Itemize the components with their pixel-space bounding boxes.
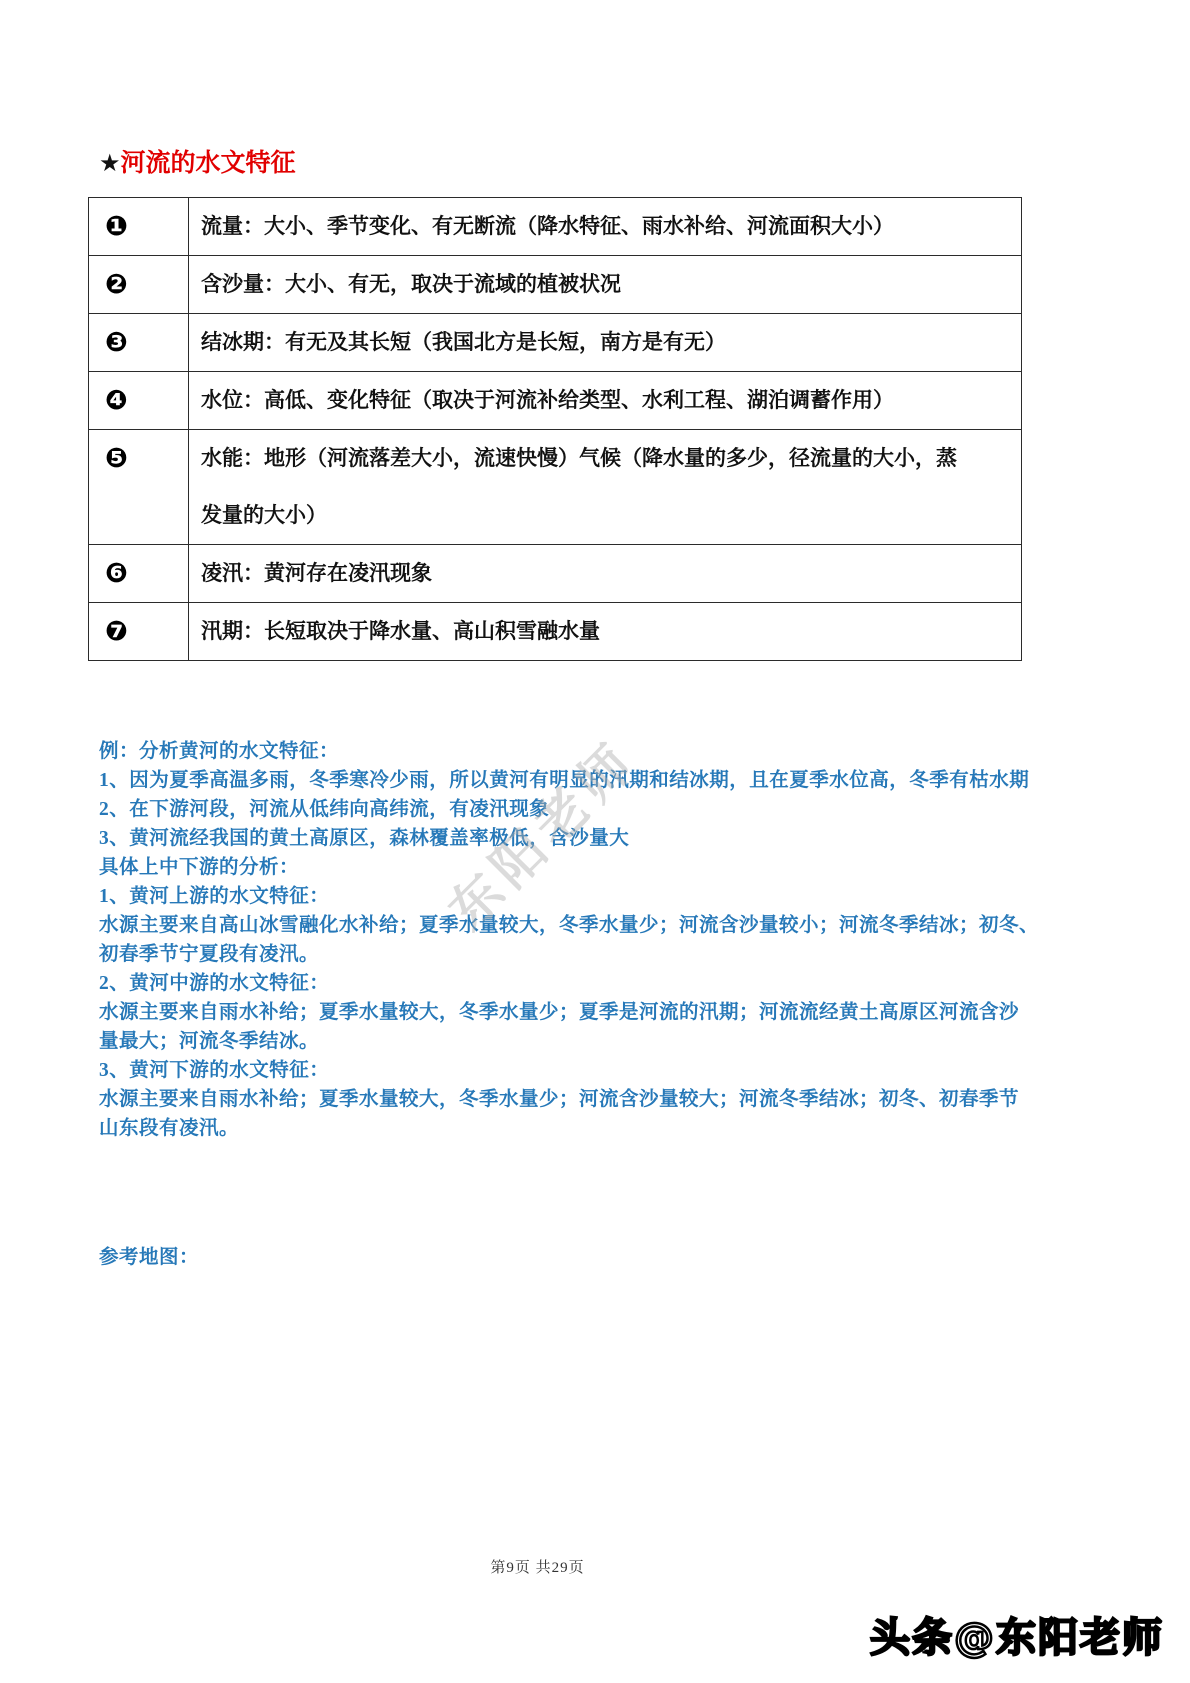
note-line: 1、黄河上游的水文特征： bbox=[99, 882, 1119, 911]
note-line: 水源主要来自高山冰雪融化水补给；夏季水量较大，冬季水量少；河流含沙量较小；河流冬… bbox=[99, 911, 1119, 940]
row-number-badge: ❺ bbox=[89, 430, 189, 545]
note-line: 1、因为夏季高温多雨，冬季寒冷少雨，所以黄河有明显的汛期和结冰期，且在夏季水位高… bbox=[99, 766, 1119, 795]
page-footer: 第9页 共29页 bbox=[0, 1556, 1075, 1577]
note-line: 水源主要来自雨水补给；夏季水量较大，冬季水量少；河流含沙量较大；河流冬季结冰；初… bbox=[99, 1085, 1119, 1114]
example-notes: 例：分析黄河的水文特征：1、因为夏季高温多雨，冬季寒冷少雨，所以黄河有明显的汛期… bbox=[99, 737, 1119, 1143]
row-text: 汛期：长短取决于降水量、高山积雪融水量 bbox=[189, 603, 1022, 661]
note-line: 3、黄河流经我国的黄土高原区，森林覆盖率极低，含沙量大 bbox=[99, 824, 1119, 853]
row-text: 水位：高低、变化特征（取决于河流补给类型、水利工程、湖泊调蓄作用） bbox=[189, 372, 1022, 430]
byline-watermark: 头条@东阳老师 bbox=[870, 1606, 1164, 1663]
row-text: 含沙量：大小、有无，取决于流域的植被状况 bbox=[189, 256, 1022, 314]
reference-map-label: 参考地图： bbox=[99, 1241, 199, 1269]
table-row: ❷含沙量：大小、有无，取决于流域的植被状况 bbox=[89, 256, 1022, 314]
row-text: 结冰期：有无及其长短（我国北方是长短，南方是有无） bbox=[189, 314, 1022, 372]
row-number-badge: ❶ bbox=[89, 198, 189, 256]
note-line: 具体上中下游的分析： bbox=[99, 853, 1119, 882]
row-text: 水能：地形（河流落差大小，流速快慢）气候（降水量的多少，径流量的大小，蒸发量的大… bbox=[189, 430, 1022, 545]
section-heading: ★河流的水文特征 bbox=[99, 143, 296, 179]
note-line: 水源主要来自雨水补给；夏季水量较大，冬季水量少；夏季是河流的汛期；河流流经黄土高… bbox=[99, 998, 1119, 1027]
document-page: ★河流的水文特征 ❶流量：大小、季节变化、有无断流（降水特征、雨水补给、河流面积… bbox=[0, 0, 1190, 1683]
row-text: 凌汛：黄河存在凌汛现象 bbox=[189, 545, 1022, 603]
section-heading-text: 河流的水文特征 bbox=[121, 150, 296, 177]
note-line: 例：分析黄河的水文特征： bbox=[99, 737, 1119, 766]
table-row: ❺水能：地形（河流落差大小，流速快慢）气候（降水量的多少，径流量的大小，蒸发量的… bbox=[89, 430, 1022, 545]
note-line: 2、在下游河段，河流从低纬向高纬流，有凌汛现象 bbox=[99, 795, 1119, 824]
note-line: 3、黄河下游的水文特征： bbox=[99, 1056, 1119, 1085]
row-number-badge: ❻ bbox=[89, 545, 189, 603]
table-row: ❻凌汛：黄河存在凌汛现象 bbox=[89, 545, 1022, 603]
row-number-badge: ❸ bbox=[89, 314, 189, 372]
star-icon: ★ bbox=[99, 149, 121, 177]
note-line: 山东段有凌汛。 bbox=[99, 1114, 1119, 1143]
row-number-badge: ❼ bbox=[89, 603, 189, 661]
row-number-badge: ❹ bbox=[89, 372, 189, 430]
note-line: 量最大；河流冬季结冰。 bbox=[99, 1027, 1119, 1056]
table-row: ❶流量：大小、季节变化、有无断流（降水特征、雨水补给、河流面积大小） bbox=[89, 198, 1022, 256]
row-text: 流量：大小、季节变化、有无断流（降水特征、雨水补给、河流面积大小） bbox=[189, 198, 1022, 256]
note-line: 初春季节宁夏段有凌汛。 bbox=[99, 940, 1119, 969]
table-row: ❸结冰期：有无及其长短（我国北方是长短，南方是有无） bbox=[89, 314, 1022, 372]
note-line: 2、黄河中游的水文特征： bbox=[99, 969, 1119, 998]
hydrology-feature-table: ❶流量：大小、季节变化、有无断流（降水特征、雨水补给、河流面积大小）❷含沙量：大… bbox=[88, 197, 1022, 661]
table-row: ❹水位：高低、变化特征（取决于河流补给类型、水利工程、湖泊调蓄作用） bbox=[89, 372, 1022, 430]
table-row: ❼汛期：长短取决于降水量、高山积雪融水量 bbox=[89, 603, 1022, 661]
row-number-badge: ❷ bbox=[89, 256, 189, 314]
